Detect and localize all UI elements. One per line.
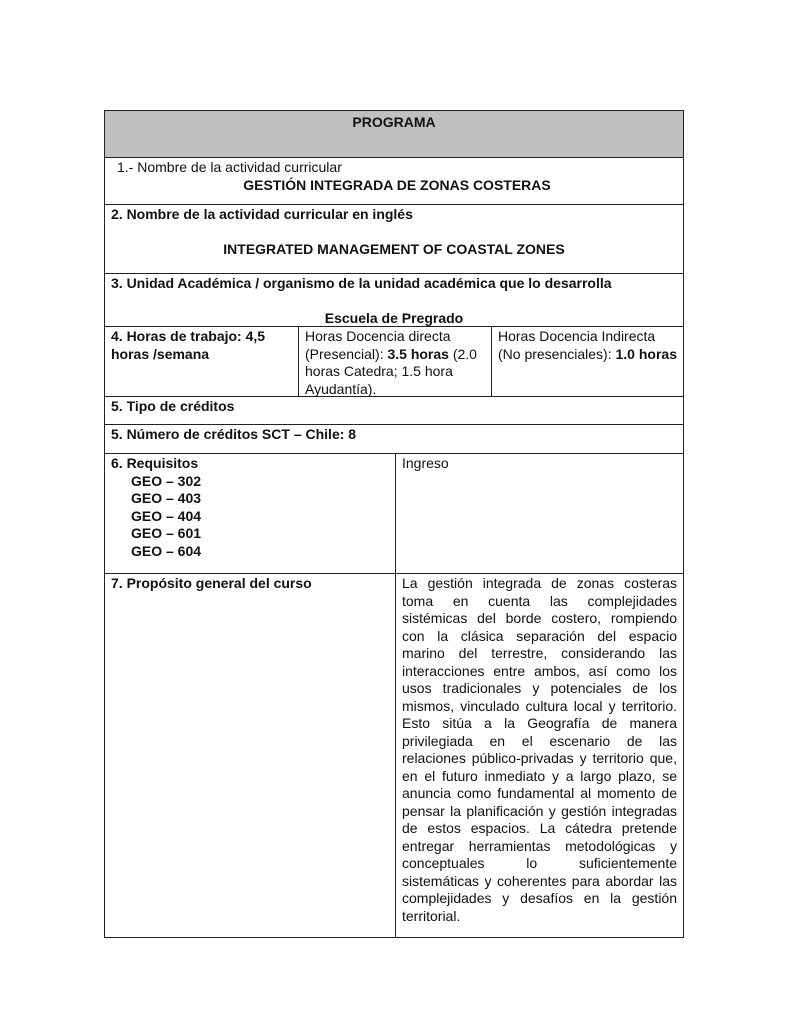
course-name-english: INTEGRATED MANAGEMENT OF COASTAL ZONES bbox=[111, 241, 677, 259]
requirements-cell: 6. Requisitos GEO – 302GEO – 403GEO – 40… bbox=[105, 454, 395, 573]
section-5a-row: 5. Tipo de créditos bbox=[105, 397, 683, 425]
requirement-item: GEO – 404 bbox=[131, 508, 389, 526]
section-6-row: 6. Requisitos GEO – 302GEO – 403GEO – 40… bbox=[105, 454, 683, 574]
course-purpose-label: 7. Propósito general del curso bbox=[105, 574, 395, 937]
program-header-row: PROGRAMA bbox=[105, 111, 683, 158]
section-2-label: 2. Nombre de la actividad curricular en … bbox=[111, 206, 677, 224]
section-1-row: 1.- Nombre de la actividad curricular GE… bbox=[105, 158, 683, 205]
program-title: PROGRAMA bbox=[105, 111, 683, 157]
credit-type-label: 5. Tipo de créditos bbox=[105, 397, 683, 424]
requirement-item: GEO – 403 bbox=[131, 490, 389, 508]
course-name: GESTIÓN INTEGRADA DE ZONAS COSTERAS bbox=[117, 177, 677, 195]
section-1-label: 1.- Nombre de la actividad curricular bbox=[117, 159, 677, 177]
indirect-hours-value: 1.0 horas bbox=[616, 346, 677, 362]
section-3-row: 3. Unidad Académica / organismo de la un… bbox=[105, 274, 683, 327]
requirement-item: GEO – 302 bbox=[131, 473, 389, 491]
direct-hours-value: 3.5 horas bbox=[387, 346, 448, 362]
direct-hours: Horas Docencia directa (Presencial): 3.5… bbox=[298, 327, 491, 396]
requirement-item: GEO – 601 bbox=[131, 525, 389, 543]
section-2-row: 2. Nombre de la actividad curricular en … bbox=[105, 205, 683, 274]
requirements-list: GEO – 302GEO – 403GEO – 404GEO – 601GEO … bbox=[111, 473, 389, 561]
credit-count-label: 5. Número de créditos SCT – Chile: 8 bbox=[105, 425, 683, 453]
indirect-hours: Horas Docencia Indirecta (No presenciale… bbox=[491, 327, 683, 396]
requirements-value: Ingreso bbox=[395, 454, 683, 573]
requirement-item: GEO – 604 bbox=[131, 543, 389, 561]
work-hours-label: 4. Horas de trabajo: 4,5 horas /semana bbox=[105, 327, 298, 396]
course-purpose-text: La gestión integrada de zonas costeras t… bbox=[395, 574, 683, 937]
section-3-label: 3. Unidad Académica / organismo de la un… bbox=[111, 275, 677, 293]
program-table: PROGRAMA 1.- Nombre de la actividad curr… bbox=[104, 110, 684, 938]
section-5b-row: 5. Número de créditos SCT – Chile: 8 bbox=[105, 425, 683, 454]
section-4-row: 4. Horas de trabajo: 4,5 horas /semana H… bbox=[105, 327, 683, 397]
section-7-row: 7. Propósito general del curso La gestió… bbox=[105, 574, 683, 937]
requirements-label: 6. Requisitos bbox=[111, 455, 389, 473]
academic-unit: Escuela de Pregrado bbox=[111, 310, 677, 328]
